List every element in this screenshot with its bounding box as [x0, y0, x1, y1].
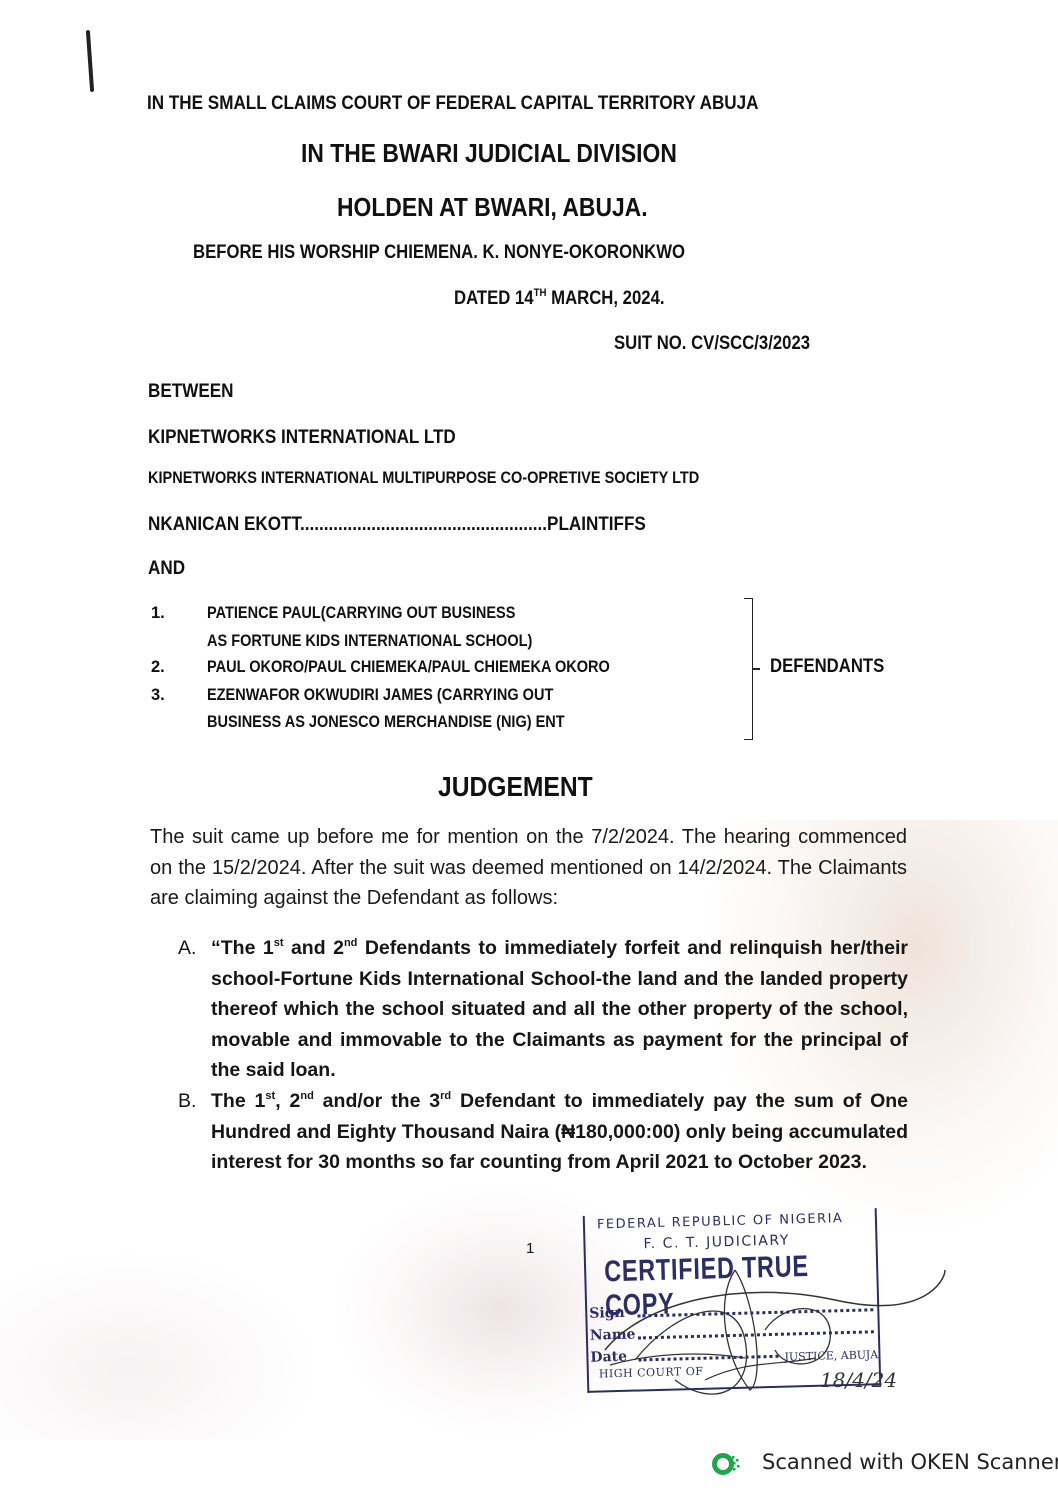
judgement-title: JUDGEMENT	[438, 771, 614, 803]
holden-heading-text: HOLDEN AT BWARI, ABUJA.	[337, 192, 648, 223]
defendant-3-number: 3.	[151, 686, 165, 705]
division-heading-text: IN THE BWARI JUDICIAL DIVISION	[301, 138, 677, 169]
defendants-label: DEFENDANTS	[770, 656, 900, 678]
court-heading: IN THE SMALL CLAIMS COURT OF FEDERAL CAP…	[147, 93, 826, 115]
date-prefix: DATED 14	[454, 288, 534, 309]
ordinal-sup: nd	[344, 937, 357, 949]
stamp-line-1: FEDERAL REPUBLIC OF NIGERIA	[597, 1211, 844, 1232]
claim-b-text: , 2	[275, 1090, 300, 1112]
stamp-handwritten-date: 18/4/24	[820, 1368, 897, 1392]
date-suffix: MARCH, 2024.	[547, 288, 665, 309]
and-text: AND	[148, 558, 185, 580]
claim-b-label: B.	[178, 1086, 196, 1117]
judgement-title-text: JUDGEMENT	[438, 771, 593, 803]
judge-line: BEFORE HIS WORSHIP CHIEMENA. K. NONYE-OK…	[193, 242, 752, 264]
plaintiff-1: KIPNETWORKS INTERNATIONAL LTD	[148, 427, 490, 449]
defendant-2-line-1: PAUL OKORO/PAUL CHIEMEKA/PAUL CHIEMEKA O…	[207, 658, 610, 677]
defendant-3-line-2: BUSINESS AS JONESCO MERCHANDISE (NIG) EN…	[207, 713, 565, 732]
claim-a-text: “The 1	[211, 937, 274, 959]
defendants-bracket-tick	[752, 668, 760, 670]
between-text: BETWEEN	[148, 381, 234, 403]
plaintiff-3-text: NKANICAN EKOTT..........................…	[148, 514, 646, 536]
claim-a: A. “The 1st and 2nd Defendants to immedi…	[178, 933, 908, 1086]
defendant-1-number: 1.	[151, 604, 165, 623]
defendant-2-number: 2.	[151, 658, 165, 677]
scanner-watermark-text: Scanned with OKEN Scanner	[762, 1450, 1058, 1474]
defendant-3-line-1: EZENWAFOR OKWUDIRI JAMES (CARRYING OUT	[207, 686, 553, 705]
date-superscript: TH	[534, 287, 547, 299]
ordinal-sup: nd	[300, 1090, 313, 1102]
defendants-label-text: DEFENDANTS	[770, 656, 884, 678]
claim-b-text: The 1	[211, 1090, 265, 1112]
court-heading-text: IN THE SMALL CLAIMS COURT OF FEDERAL CAP…	[147, 93, 759, 115]
plaintiff-1-text: KIPNETWORKS INTERNATIONAL LTD	[148, 427, 456, 449]
plaintiff-2: KIPNETWORKS INTERNATIONAL MULTIPURPOSE C…	[148, 469, 774, 488]
scan-margin-mark	[86, 30, 94, 92]
division-heading: IN THE BWARI JUDICIAL DIVISION	[301, 138, 728, 169]
page-number: 1	[526, 1240, 534, 1257]
claim-b-text: and/or the 3	[314, 1090, 440, 1112]
claims-list: A. “The 1st and 2nd Defendants to immedi…	[178, 933, 908, 1178]
between-label: BETWEEN	[148, 381, 243, 403]
ordinal-sup: st	[274, 937, 284, 949]
claim-a-label: A.	[178, 933, 196, 964]
holden-heading: HOLDEN AT BWARI, ABUJA.	[337, 192, 690, 223]
ordinal-sup: rd	[440, 1090, 451, 1102]
paper-stain	[0, 1250, 320, 1450]
suit-number-text: SUIT NO. CV/SCC/3/2023	[614, 333, 810, 355]
judgement-intro: The suit came up before me for mention o…	[150, 822, 907, 914]
plaintiff-2-text: KIPNETWORKS INTERNATIONAL MULTIPURPOSE C…	[148, 469, 699, 488]
ordinal-sup: st	[265, 1090, 275, 1102]
claim-a-text: and 2	[284, 937, 344, 959]
suit-number: SUIT NO. CV/SCC/3/2023	[614, 333, 837, 355]
defendant-1-line-2: AS FORTUNE KIDS INTERNATIONAL SCHOOL)	[207, 632, 532, 651]
plaintiff-3: NKANICAN EKOTT..........................…	[148, 514, 701, 536]
and-label: AND	[148, 558, 189, 580]
defendant-1-line-1: PATIENCE PAUL(CARRYING OUT BUSINESS	[207, 604, 515, 623]
oken-scanner-logo-icon	[712, 1451, 742, 1477]
date-line: DATED 14TH MARCH, 2024.	[454, 287, 693, 310]
judge-line-text: BEFORE HIS WORSHIP CHIEMENA. K. NONYE-OK…	[193, 242, 685, 264]
claim-b: B. The 1st, 2nd and/or the 3rd Defendant…	[178, 1086, 908, 1178]
